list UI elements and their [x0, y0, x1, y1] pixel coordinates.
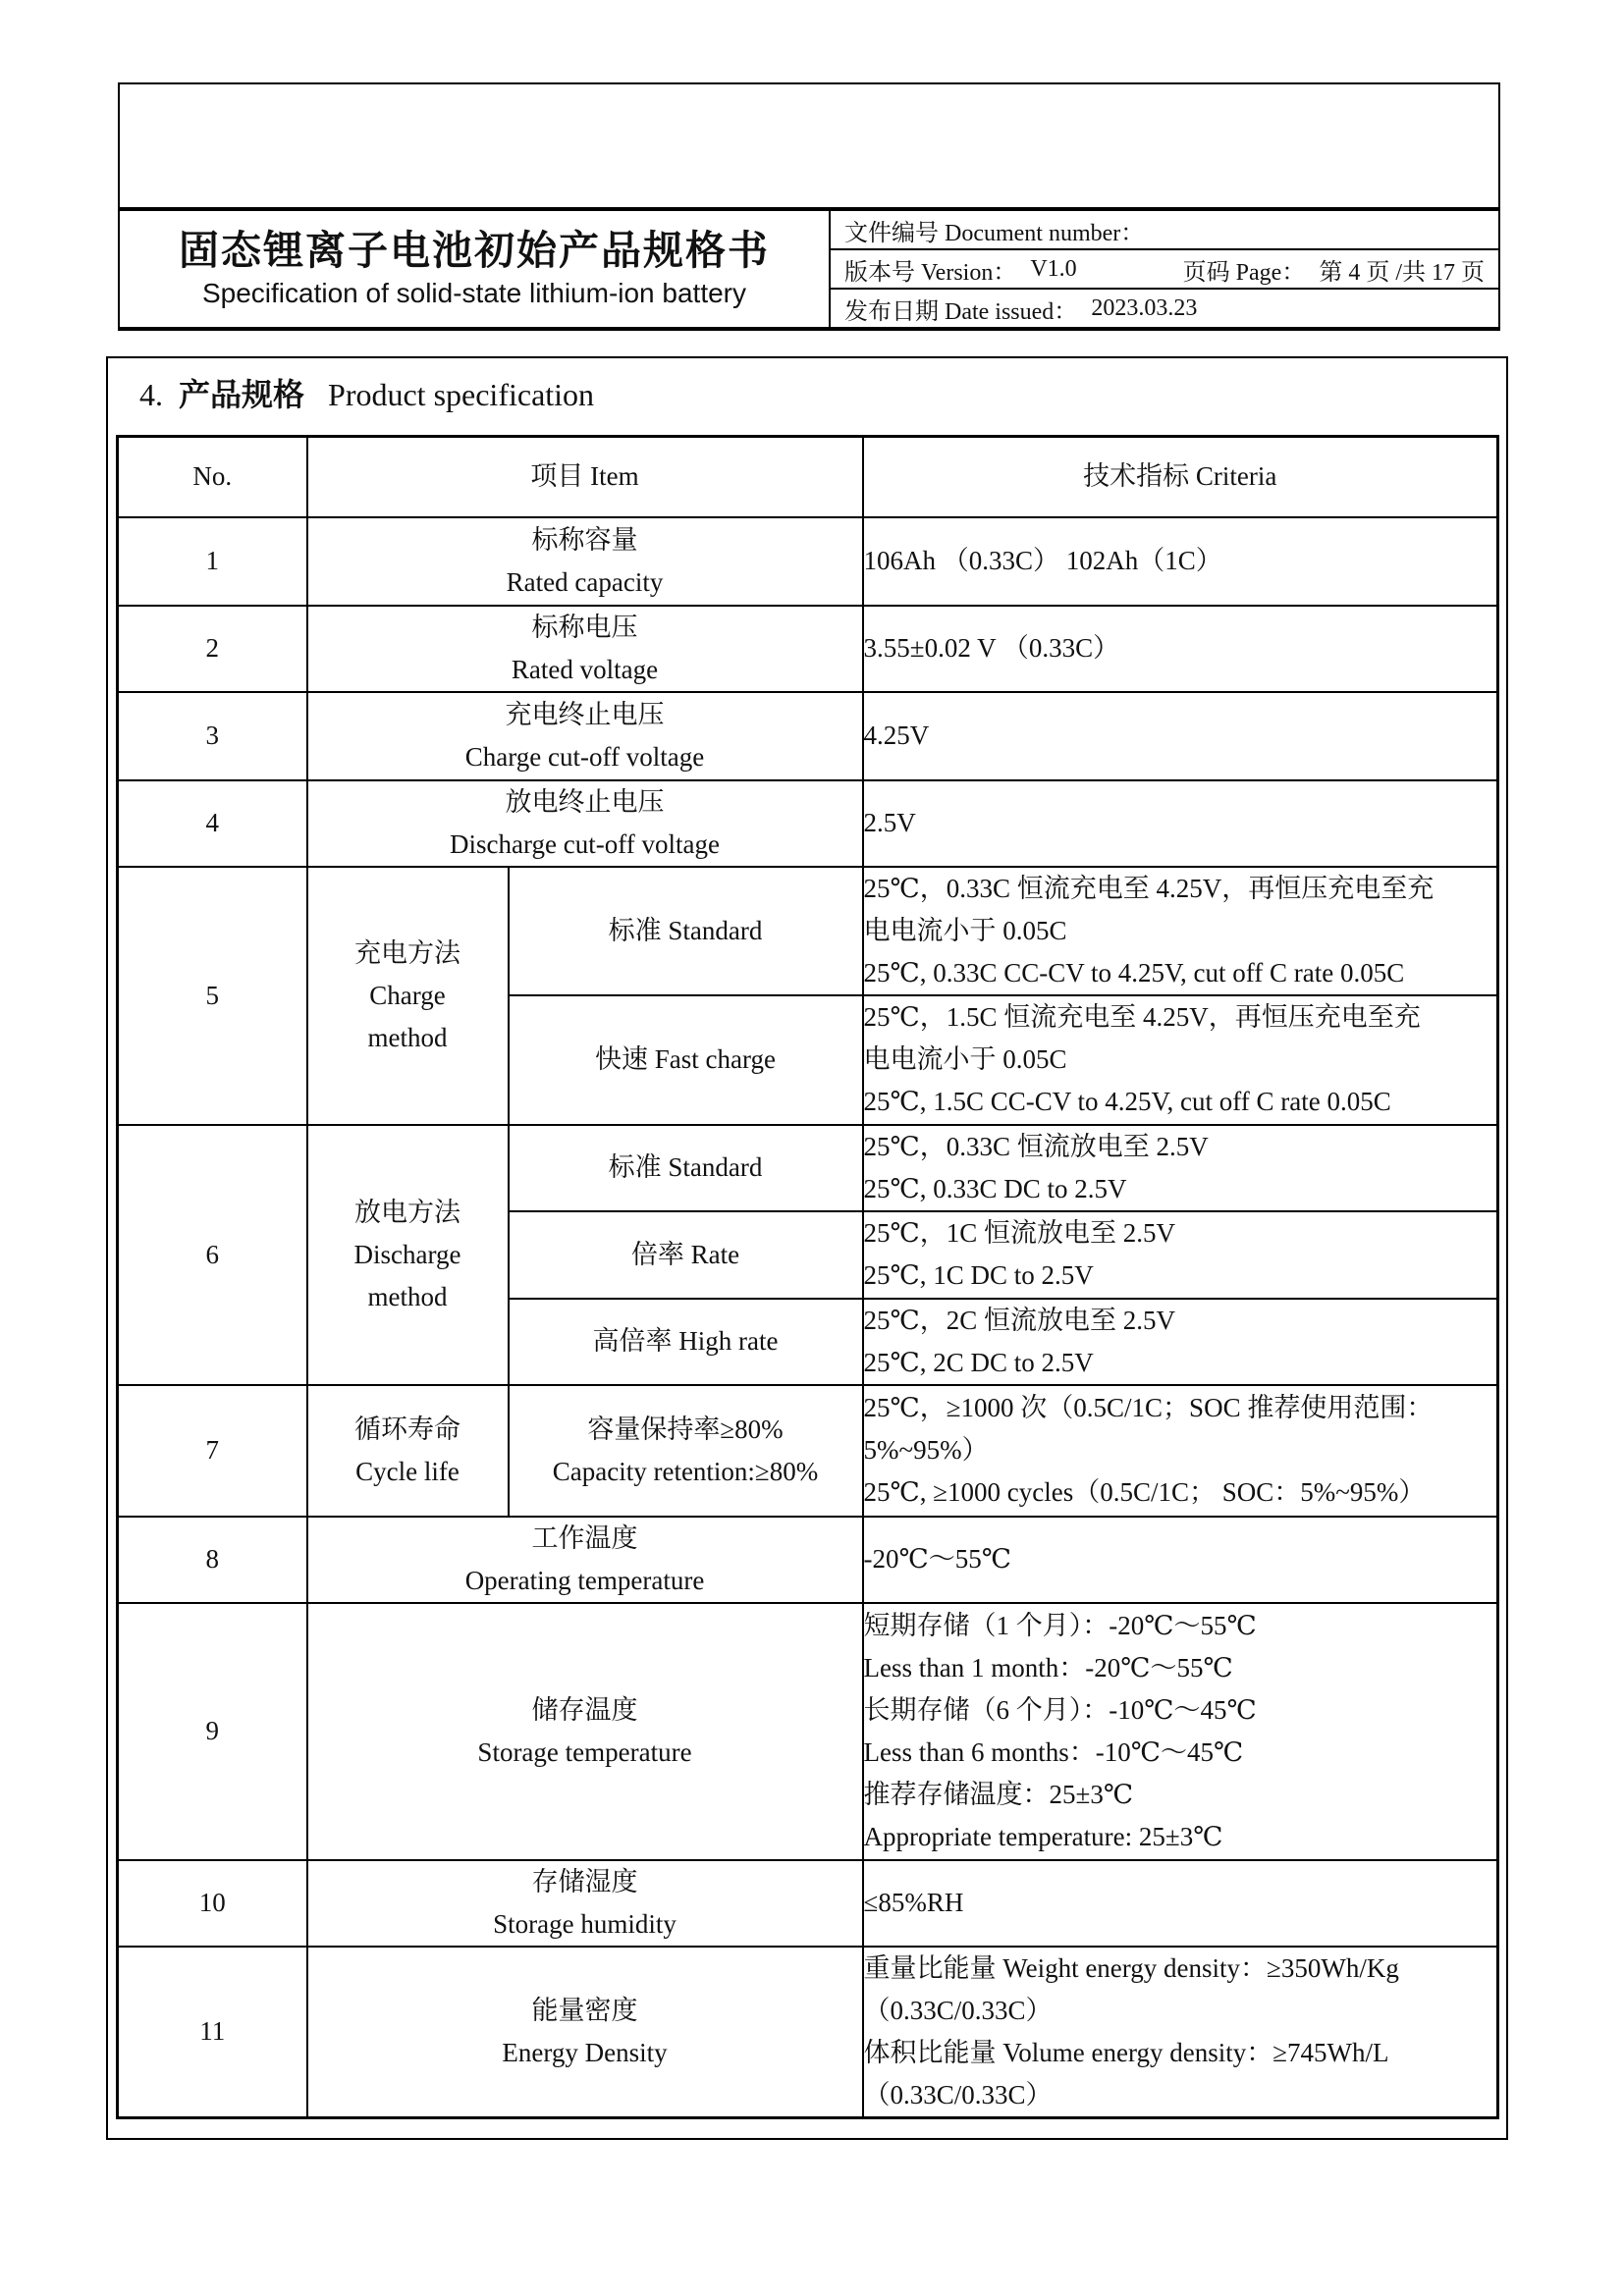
header-criteria: 技术指标 Criteria — [863, 437, 1498, 517]
date-issued-row: 发布日期 Date issued： 2023.03.23 — [831, 288, 1498, 327]
spec-header-row: No. 项目 Item 技术指标 Criteria — [118, 437, 1498, 517]
document-header: 固态锂离子电池初始产品规格书 Specification of solid-st… — [118, 209, 1500, 331]
row-8-criteria: -20℃～55℃ — [863, 1517, 1498, 1603]
spec-row-1: 1 标称容量 Rated capacity 106Ah （0.33C） 102A… — [118, 517, 1498, 606]
row-5-standard-criteria: 25℃，0.33C 恒流充电至 4.25V，再恒压充电至充 电电流小于 0.05… — [863, 867, 1498, 995]
row-9-criteria: 短期存储（1 个月）：-20℃～55℃ Less than 1 month：-2… — [863, 1603, 1498, 1860]
row-1-item: 标称容量 Rated capacity — [307, 517, 863, 606]
row-5-sub-standard: 标准 Standard — [509, 867, 863, 995]
row-11-item: 能量密度 Energy Density — [307, 1947, 863, 2118]
row-6-rate-criteria: 25℃，1C 恒流放电至 2.5V 25℃, 1C DC to 2.5V — [863, 1211, 1498, 1299]
spec-row-6-standard: 6 放电方法 Discharge method 标准 Standard 25℃，… — [118, 1125, 1498, 1211]
spec-row-3: 3 充电终止电压 Charge cut-off voltage 4.25V — [118, 692, 1498, 780]
spec-row-4: 4 放电终止电压 Discharge cut-off voltage 2.5V — [118, 780, 1498, 867]
row-10-criteria: ≤85%RH — [863, 1860, 1498, 1947]
row-6-group: 放电方法 Discharge method — [307, 1125, 509, 1385]
document-number-label: 文件编号 Document number： — [844, 213, 1144, 247]
document-number-row: 文件编号 Document number： — [831, 211, 1498, 248]
row-2-criteria: 3.55±0.02 V （0.33C） — [863, 606, 1498, 692]
product-specification-section: 4. 产品规格 Product specification No. 项目 Ite… — [106, 356, 1508, 2140]
row-3-item: 充电终止电压 Charge cut-off voltage — [307, 692, 863, 780]
row-11-no: 11 — [118, 1947, 307, 2118]
row-6-standard-criteria: 25℃，0.33C 恒流放电至 2.5V 25℃, 0.33C DC to 2.… — [863, 1125, 1498, 1211]
row-5-no: 5 — [118, 867, 307, 1125]
row-4-no: 4 — [118, 780, 307, 867]
row-2-item: 标称电压 Rated voltage — [307, 606, 863, 692]
row-7-sub-label: 容量保持率≥80% Capacity retention:≥80% — [509, 1385, 863, 1517]
row-8-no: 8 — [118, 1517, 307, 1603]
document-title-zh: 固态锂离子电池初始产品规格书 — [179, 229, 770, 273]
spec-table: No. 项目 Item 技术指标 Criteria 1 标称容量 Rated c… — [116, 435, 1499, 2119]
document-page: 固态锂离子电池初始产品规格书 Specification of solid-st… — [0, 0, 1624, 2296]
row-11-criteria: 重量比能量 Weight energy density：≥350Wh/Kg （0… — [863, 1947, 1498, 2118]
page-value: 第 4 页 /共 17 页 — [1319, 252, 1485, 287]
row-6-sub-rate: 倍率 Rate — [509, 1211, 863, 1299]
header-item: 项目 Item — [307, 437, 863, 517]
row-3-no: 3 — [118, 692, 307, 780]
row-4-criteria: 2.5V — [863, 780, 1498, 867]
row-6-sub-standard: 标准 Standard — [509, 1125, 863, 1211]
row-6-high-rate-criteria: 25℃，2C 恒流放电至 2.5V 25℃, 2C DC to 2.5V — [863, 1299, 1498, 1385]
spec-row-7: 7 循环寿命 Cycle life 容量保持率≥80% Capacity ret… — [118, 1385, 1498, 1517]
row-1-no: 1 — [118, 517, 307, 606]
row-10-no: 10 — [118, 1860, 307, 1947]
section-heading: 4. 产品规格 Product specification — [139, 370, 1506, 415]
section-title-en: Product specification — [328, 377, 594, 412]
section-number: 4. — [139, 377, 163, 412]
spec-row-10: 10 存储湿度 Storage humidity ≤85%RH — [118, 1860, 1498, 1947]
spec-row-11: 11 能量密度 Energy Density 重量比能量 Weight ener… — [118, 1947, 1498, 2118]
row-9-item: 储存温度 Storage temperature — [307, 1603, 863, 1860]
spec-row-9: 9 储存温度 Storage temperature 短期存储（1 个月）：-2… — [118, 1603, 1498, 1860]
row-3-criteria: 4.25V — [863, 692, 1498, 780]
spec-row-2: 2 标称电压 Rated voltage 3.55±0.02 V （0.33C） — [118, 606, 1498, 692]
row-7-group: 循环寿命 Cycle life — [307, 1385, 509, 1517]
row-7-no: 7 — [118, 1385, 307, 1517]
row-7-criteria: 25℃，≥1000 次（0.5C/1C；SOC 推荐使用范围： 5%~95%） … — [863, 1385, 1498, 1517]
row-10-item: 存储湿度 Storage humidity — [307, 1860, 863, 1947]
date-value: 2023.03.23 — [1091, 295, 1197, 322]
row-5-sub-fast: 快速 Fast charge — [509, 995, 863, 1125]
row-2-no: 2 — [118, 606, 307, 692]
row-6-sub-high-rate: 高倍率 High rate — [509, 1299, 863, 1385]
row-5-fast-criteria: 25℃，1.5C 恒流充电至 4.25V，再恒压充电至充 电电流小于 0.05C… — [863, 995, 1498, 1125]
row-5-group: 充电方法 Charge method — [307, 867, 509, 1125]
version-label: 版本号 Version： — [844, 252, 1016, 287]
row-6-no: 6 — [118, 1125, 307, 1385]
date-label: 发布日期 Date issued： — [844, 292, 1077, 326]
spec-row-5-standard: 5 充电方法 Charge method 标准 Standard 25℃，0.3… — [118, 867, 1498, 995]
row-8-item: 工作温度 Operating temperature — [307, 1517, 863, 1603]
header-no: No. — [118, 437, 307, 517]
page-label: 页码 Page： — [1183, 252, 1306, 287]
section-title-zh: 产品规格 — [179, 377, 304, 412]
document-title-cell: 固态锂离子电池初始产品规格书 Specification of solid-st… — [120, 211, 831, 327]
logo-placeholder-box — [118, 82, 1500, 209]
spec-row-8: 8 工作温度 Operating temperature -20℃～55℃ — [118, 1517, 1498, 1603]
version-value: V1.0 — [1030, 256, 1076, 283]
row-1-criteria: 106Ah （0.33C） 102Ah（1C） — [863, 517, 1498, 606]
document-title-en: Specification of solid-state lithium-ion… — [202, 279, 746, 309]
version-page-row: 版本号 Version： V1.0 页码 Page： 第 4 页 /共 17 页 — [831, 248, 1498, 288]
document-info-cell: 文件编号 Document number： 版本号 Version： V1.0 … — [831, 211, 1498, 327]
row-9-no: 9 — [118, 1603, 307, 1860]
row-4-item: 放电终止电压 Discharge cut-off voltage — [307, 780, 863, 867]
